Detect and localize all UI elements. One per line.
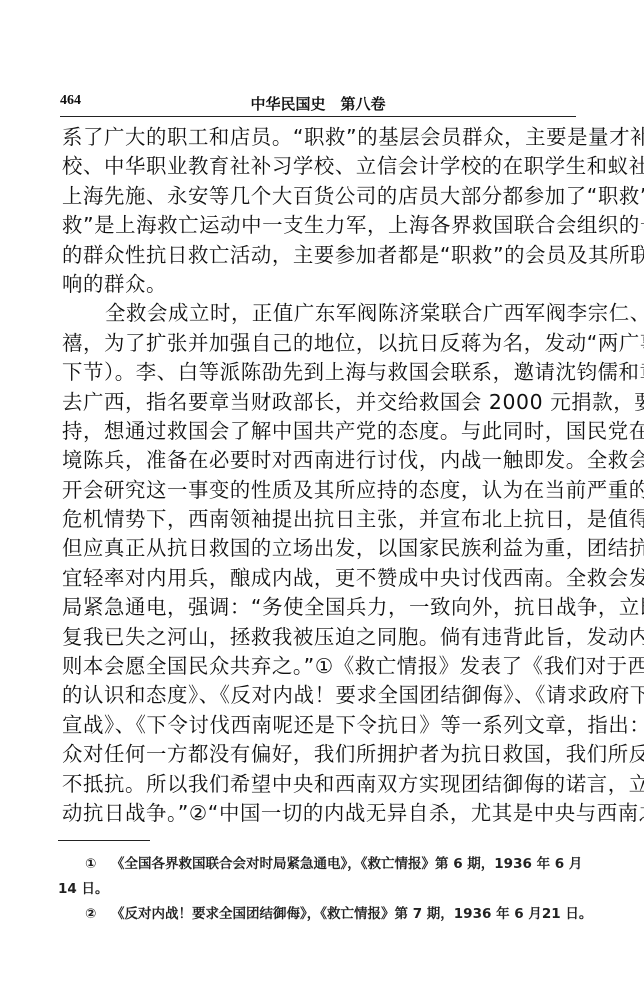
text-line: 众对任何一方都没有偏好，我们所拥护者为抗日救国，我们所反对者是: [62, 740, 580, 769]
footnote-divider: [58, 840, 150, 841]
page-header: 464 中华民国史 第八卷: [60, 93, 576, 113]
text-line: 校、中华职业教育社补习学校、立信会计学校的在职学生和蚁社社员，: [62, 152, 580, 181]
footnote-2: ②《反对内战！要求全国团结御侮》，《救亡情报》第 7 期，1936 年 6 月2…: [58, 902, 580, 927]
text-line: 上海先施、永安等几个大百货公司的店员大部分都参加了“职救”。“职: [62, 182, 580, 211]
footnotes: ①《全国各界救国联合会对时局紧急通电》，《救亡情报》第 6 期，1936 年 6…: [58, 852, 580, 927]
text-line: 危机情势下，西南领袖提出抗日主张，并宣布北上抗日，是值得欢迎的；: [62, 505, 580, 534]
footnote-1-continuation: 14 日。: [58, 877, 580, 902]
text-line: 但应真正从抗日救国的立场出发，以国家民族利益为重，团结抗日，不: [62, 534, 580, 563]
text-line: 响的群众。: [62, 270, 580, 299]
footnote-1: ①《全国各界救国联合会对时局紧急通电》，《救亡情报》第 6 期，1936 年 6…: [58, 852, 580, 877]
text-line: 宜轻率对内用兵，酿成内战，更不赞成中央讨伐西南。全救会发表对时: [62, 564, 580, 593]
text-line: 禧，为了扩张并加强自己的地位，以抗日反蒋为名，发动“两广事变”（详: [62, 329, 580, 358]
text-line: 开会研究这一事变的性质及其所应持的态度，认为在当前严重的民族: [62, 476, 580, 505]
text-line: 境陈兵，准备在必要时对西南进行讨伐，内战一触即发。全救会常委们: [62, 446, 580, 475]
text-line: 的认识和态度》、《反对内战！要求全国团结御侮》、《请求政府下令对日: [62, 681, 580, 710]
text-line: 复我已失之河山，拯救我被压迫之同胞。倘有违背此旨，发动内战者，: [62, 623, 580, 652]
footnote-marker: ①: [85, 852, 111, 877]
text-line: 下节）。李、白等派陈劭先到上海与救国会联系，邀请沈钧儒和章乃器: [62, 358, 580, 387]
body-text: 系了广大的职工和店员。“职救”的基层会员群众，主要是量才补习学 校、中华职业教育…: [62, 123, 580, 828]
text-line: 系了广大的职工和店员。“职救”的基层会员群众，主要是量才补习学: [62, 123, 580, 152]
text-line: 持，想通过救国会了解中国共产党的态度。与此同时，国民党在湘粤边: [62, 417, 580, 446]
running-title: 中华民国史 第八卷: [60, 93, 576, 114]
text-line: 局紧急通电，强调：“务使全国兵力，一致向外，抗日战争，立即展开，恢: [62, 593, 580, 622]
footnote-text: 《全国各界救国联合会对时局紧急通电》，《救亡情报》第 6 期，1936 年 6 …: [111, 856, 582, 872]
footnote-text: 《反对内战！要求全国团结御侮》，《救亡情报》第 7 期，1936 年 6 月21…: [111, 906, 592, 922]
text-line: 动抗日战争。”②“中国一切的内战无异自杀，尤其是中央与西南之争，: [62, 799, 580, 828]
book-page: 464 中华民国史 第八卷 系了广大的职工和店员。“职救”的基层会员群众，主要是…: [0, 0, 644, 1000]
paragraph-start-line: 全救会成立时，正值广东军阀陈济棠联合广西军阀李宗仁、白崇: [62, 299, 580, 328]
text-line: 的群众性抗日救亡活动，主要参加者都是“职救”的会员及其所联系影: [62, 241, 580, 270]
footnote-marker: ②: [85, 902, 111, 927]
text-line: 去广西，指名要章当财政部长，并交给救国会 2000 元捐款，要求给予支: [62, 388, 580, 417]
header-divider: [60, 116, 576, 117]
text-line: 不抵抗。所以我们希望中央和西南双方实现团结御侮的诺言，立刻发: [62, 770, 580, 799]
text-line: 宣战》、《下令讨伐西南呢还是下令抗日》等一系列文章，指出：“我们民: [62, 711, 580, 740]
text-line: 救”是上海救亡运动中一支生力军，上海各界救国联合会组织的一些大: [62, 211, 580, 240]
text-line: 则本会愿全国民众共弃之。”①《救亡情报》发表了《我们对于西南事件: [62, 652, 580, 681]
